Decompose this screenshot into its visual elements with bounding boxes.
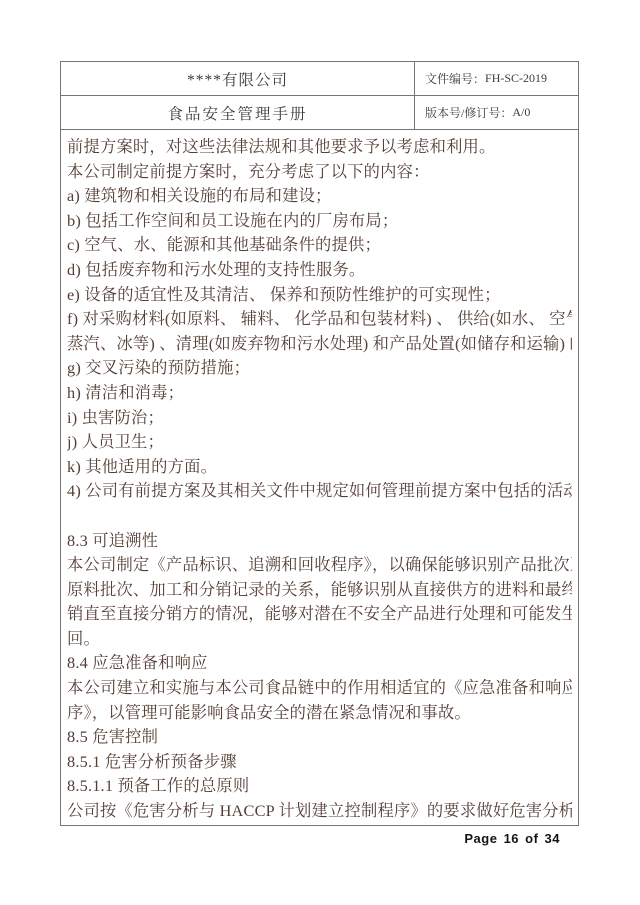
- body-text-line: 4) 公司有前提方案及其相关文件中规定如何管理前提方案中包括的活动。: [67, 479, 572, 504]
- document-title: 食品安全管理手册: [167, 102, 307, 124]
- version-label: 版本号/修订号：: [425, 104, 512, 121]
- doc-number-label: 文件编号：: [425, 70, 485, 87]
- header-cell-title: 食品安全管理手册: [61, 96, 414, 129]
- body-text-line: e) 设备的适宜性及其清洁、 保养和预防性维护的可实现性；: [67, 283, 572, 308]
- body-text-line: 本公司制定前提方案时，充分考虑了以下的内容：: [67, 160, 572, 185]
- document-page: ****有限公司 文件编号：FH-SC-2019 食品安全管理手册 版本号/修订…: [60, 61, 579, 826]
- header-cell-company: ****有限公司: [61, 62, 414, 95]
- body-text-line: c) 空气、水、能源和其他基础条件的提供；: [67, 233, 572, 258]
- body-text-line: 8.3 可追溯性: [67, 529, 572, 554]
- body-text-line: g) 交叉污染的预防措施；: [67, 356, 572, 381]
- doc-number-value: FH-SC-2019: [485, 71, 547, 86]
- body-text-line: 原料批次、加工和分销记录的关系，能够识别从直接供方的进料和最终产品分: [67, 578, 572, 603]
- body-text-line: 8.5.1.1 预备工作的总原则: [67, 774, 572, 799]
- body-text-line: [67, 504, 572, 529]
- version-value: A/0: [512, 105, 530, 120]
- body-text-line: d) 包括废弃物和污水处理的支持性服务。: [67, 258, 572, 283]
- body-text-line: i) 虫害防治；: [67, 406, 572, 431]
- body-text-line: h) 清洁和消毒；: [67, 381, 572, 406]
- document-body: 前提方案时，对这些法律法规和其他要求予以考虑和利用。本公司制定前提方案时，充分考…: [61, 130, 578, 825]
- body-text-line: 8.4 应急准备和响应: [67, 651, 572, 676]
- body-text-line: j) 人员卫生；: [67, 430, 572, 455]
- page-number-indicator: Page 16 of 34: [464, 831, 560, 846]
- body-text-line: b) 包括工作空间和员工设施在内的厂房布局；: [67, 209, 572, 234]
- body-text-line: 回。: [67, 627, 572, 652]
- body-text-line: k) 其他适用的方面。: [67, 455, 572, 480]
- header-cell-version: 版本号/修订号：A/0: [414, 96, 578, 129]
- body-text-line: 销直至直接分销方的情况，能够对潜在不安全产品进行处理和可能发生的召: [67, 602, 572, 627]
- header-cell-doc-number: 文件编号：FH-SC-2019: [414, 62, 578, 95]
- body-text-line: 蒸汽、冰等) 、清理(如废弃物和污水处理) 和产品处置(如储存和运输) 的管理；: [67, 332, 572, 357]
- body-text-line: f) 对采购材料(如原料、 辅料、 化学品和包装材料) 、 供给(如水、 空气、: [67, 307, 572, 332]
- body-text-line: 8.5.1 危害分析预备步骤: [67, 750, 572, 775]
- company-name: ****有限公司: [187, 68, 288, 90]
- body-text-line: 本公司制定《产品标识、追溯和回收程序》，以确保能够识别产品批次及其与: [67, 553, 572, 578]
- header-row-company: ****有限公司 文件编号：FH-SC-2019: [61, 62, 578, 96]
- body-text-line: 公司按《危害分析与 HACCP 计划建立控制程序》的要求做好危害分析的预备: [67, 799, 572, 824]
- body-text-line: a) 建筑物和相关设施的布局和建设；: [67, 184, 572, 209]
- body-text-line: 序》，以管理可能影响食品安全的潜在紧急情况和事故。: [67, 701, 572, 726]
- body-text-line: 本公司建立和实施与本公司食品链中的作用相适宜的《应急准备和响应控制程: [67, 676, 572, 701]
- header-row-title: 食品安全管理手册 版本号/修订号：A/0: [61, 96, 578, 130]
- body-text-line: 前提方案时，对这些法律法规和其他要求予以考虑和利用。: [67, 135, 572, 160]
- body-text-line: 8.5 危害控制: [67, 725, 572, 750]
